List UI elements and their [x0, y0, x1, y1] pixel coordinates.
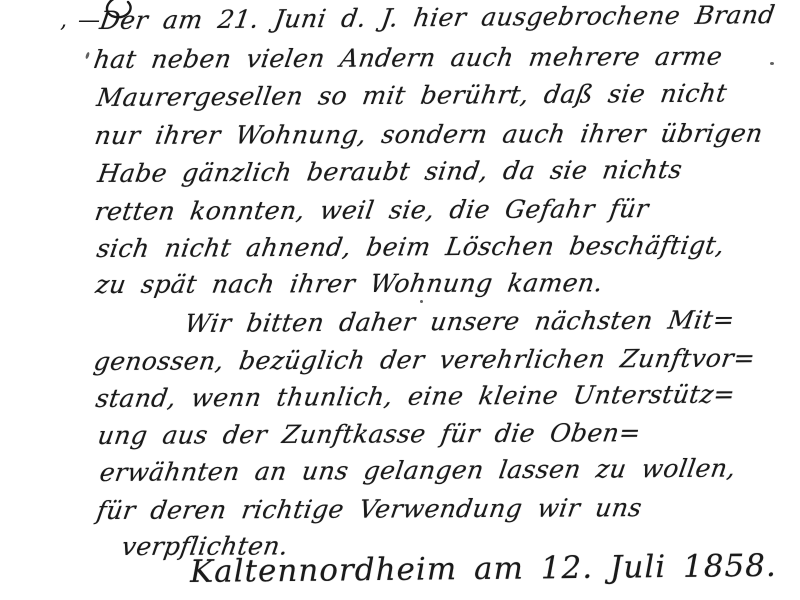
handwritten-line: ung aus der Zunftkasse für die Oben=: [98, 418, 641, 450]
handwritten-line: genossen, bezüglich der verehrlichen Zun…: [94, 344, 755, 376]
handwritten-line: retten konnten, weil sie, die Gefahr für: [95, 194, 649, 226]
ink-speck: [770, 62, 774, 65]
handwritten-line: Habe gänzlich beraubt sind, da sie nicht…: [98, 155, 682, 188]
handwritten-line: nur ihrer Wohnung, sondern auch ihrer üb…: [95, 119, 763, 150]
ink-speck: [85, 52, 90, 60]
handwritten-line: Maurergesellen so mit berührt, daß sie n…: [97, 79, 727, 112]
handwritten-line: für deren richtige Verwendung wir uns: [97, 493, 642, 525]
dateline: Kaltennordheim am 12. Juli 1858.: [190, 548, 777, 590]
handwritten-line: hat neben vielen Andern auch mehrere arm…: [94, 42, 722, 74]
handwritten-line: Wir bitten daher unsere nächsten Mit=: [185, 305, 735, 338]
ink-speck: [420, 300, 423, 303]
handwritten-line: Der am 21. Juni d. J. hier ausgebrochene…: [100, 0, 775, 35]
scanned-document-page: , — Der am 21. Juni d. J. hier ausgebroc…: [0, 0, 800, 600]
margin-dash-mark: , —: [60, 8, 102, 33]
handwritten-line: stand, wenn thunlich, eine kleine Unters…: [96, 380, 735, 413]
handwritten-line: zu spät nach ihrer Wohnung kamen.: [96, 268, 603, 299]
handwritten-line: sich nicht ahnend, beim Löschen beschäft…: [97, 231, 725, 263]
handwritten-line: erwähnten an uns gelangen lassen zu woll…: [100, 454, 736, 487]
